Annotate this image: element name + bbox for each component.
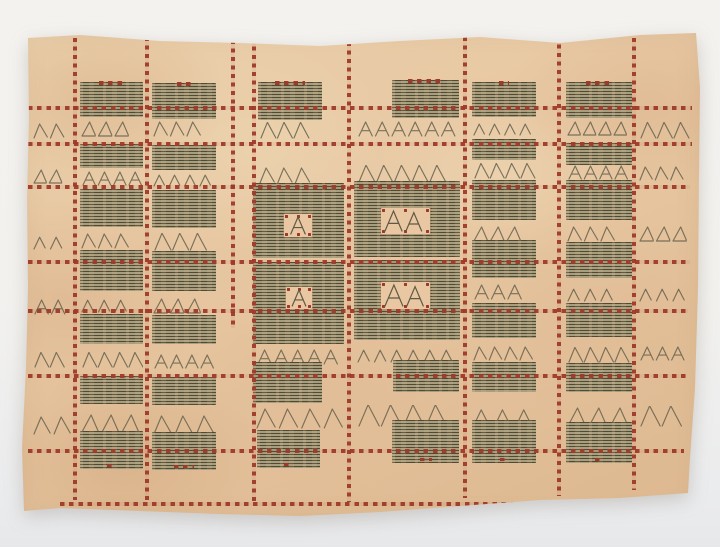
red-dotted-hline bbox=[28, 142, 692, 146]
triangle-motif-row bbox=[152, 233, 216, 252]
stripe-block bbox=[80, 144, 143, 168]
a-motif-window bbox=[381, 282, 430, 309]
stripe-block bbox=[152, 83, 216, 119]
triangle-motif-path bbox=[474, 227, 520, 241]
a-motif-window bbox=[286, 287, 312, 309]
triangle-motif-row bbox=[638, 225, 696, 243]
triangle-motif-row bbox=[638, 406, 696, 428]
triangle-motif-row bbox=[638, 165, 696, 182]
triangle-motif-row bbox=[566, 164, 632, 181]
triangle-motif-path bbox=[475, 285, 521, 299]
stripe-block bbox=[80, 250, 143, 291]
block-bottom-mark bbox=[107, 464, 116, 467]
block-top-mark bbox=[177, 82, 191, 86]
cloth-shadow-wrap bbox=[0, 0, 720, 547]
triangle-motif-path bbox=[568, 122, 626, 135]
triangle-motif-path bbox=[34, 124, 64, 138]
block-top-mark bbox=[499, 81, 509, 85]
block-bottom-mark bbox=[500, 458, 509, 461]
triangle-motif-path bbox=[155, 355, 213, 368]
a-motif-path bbox=[291, 217, 305, 234]
triangle-motif-row bbox=[472, 345, 536, 362]
a-motif-window bbox=[284, 214, 312, 237]
triangle-motif-path bbox=[640, 227, 686, 241]
triangle-motif-path bbox=[641, 122, 689, 138]
red-dotted-hline bbox=[28, 309, 688, 313]
a-motif bbox=[381, 208, 430, 234]
triangle-motif-path bbox=[568, 289, 612, 301]
red-dotted-vline bbox=[231, 40, 235, 328]
red-dotted-vline bbox=[347, 42, 351, 502]
block-bottom-mark bbox=[420, 458, 432, 461]
triangle-motif-path bbox=[641, 347, 684, 360]
triangle-motif-row bbox=[356, 120, 460, 138]
stripe-block bbox=[258, 82, 322, 120]
triangle-motif-row bbox=[255, 407, 345, 430]
a-motif bbox=[381, 282, 430, 309]
textile-cloth bbox=[20, 28, 702, 520]
triangle-motif-path bbox=[569, 347, 629, 362]
red-dotted-hline bbox=[28, 106, 692, 110]
triangle-motif-path bbox=[83, 352, 143, 367]
triangle-motif-row bbox=[472, 283, 536, 301]
triangle-motif-path bbox=[35, 352, 64, 367]
red-dotted-vline bbox=[557, 36, 561, 496]
triangle-motif-row bbox=[80, 352, 143, 369]
stripe-block bbox=[253, 362, 322, 403]
red-dotted-hline bbox=[60, 502, 630, 506]
triangle-motif-path bbox=[34, 237, 62, 249]
triangle-motif-path bbox=[569, 166, 627, 179]
triangle-motif-path bbox=[640, 289, 684, 301]
a-motif-path bbox=[385, 211, 422, 231]
stripe-block bbox=[472, 420, 536, 463]
a-motif-path bbox=[385, 285, 423, 306]
triangle-motif-path bbox=[82, 415, 138, 432]
triangle-motif-path bbox=[154, 122, 200, 136]
triangle-motif-row bbox=[638, 285, 696, 303]
triangle-motif-row bbox=[566, 120, 632, 137]
stripe-block bbox=[472, 82, 536, 117]
triangle-motif-row bbox=[566, 347, 632, 364]
triangle-motif-row bbox=[638, 122, 696, 140]
triangle-motif-row bbox=[80, 232, 143, 250]
triangle-motif-path bbox=[82, 122, 128, 136]
triangle-motif-path bbox=[474, 124, 530, 135]
stripe-block bbox=[566, 143, 632, 165]
stripe-block bbox=[80, 189, 143, 227]
a-motif bbox=[286, 287, 312, 309]
textile-photo bbox=[0, 0, 720, 547]
triangle-motif-row bbox=[32, 415, 74, 436]
red-dotted-hline bbox=[28, 449, 684, 453]
stripe-block bbox=[152, 190, 216, 228]
triangle-motif-row bbox=[32, 168, 74, 185]
triangle-motif-path bbox=[34, 170, 62, 183]
triangle-motif-row bbox=[566, 225, 632, 243]
block-top-mark bbox=[408, 79, 443, 83]
triangle-motif-row bbox=[258, 122, 322, 140]
stripe-block bbox=[152, 315, 216, 344]
block-top-mark bbox=[586, 81, 612, 85]
triangle-motif-path bbox=[155, 233, 206, 250]
triangle-motif-path bbox=[83, 172, 141, 185]
stripe-block bbox=[566, 422, 632, 463]
triangle-motif-row bbox=[472, 120, 536, 137]
triangle-motif-row bbox=[32, 298, 74, 316]
triangle-motif-row bbox=[32, 122, 74, 140]
triangle-motif-path bbox=[568, 227, 614, 241]
block-top-mark bbox=[275, 81, 305, 85]
triangle-motif-path bbox=[359, 165, 446, 182]
stripe-block bbox=[152, 251, 216, 291]
triangle-motif-row bbox=[32, 233, 74, 251]
stripe-block bbox=[152, 145, 216, 170]
stripe-block bbox=[392, 80, 459, 118]
triangle-motif-row bbox=[152, 120, 216, 138]
triangle-motif-path bbox=[260, 168, 310, 183]
triangle-motif-row bbox=[32, 352, 74, 369]
red-dotted-hline bbox=[28, 374, 686, 378]
a-motif-path bbox=[292, 290, 306, 306]
block-bottom-mark bbox=[174, 465, 194, 468]
triangle-motif-path bbox=[359, 122, 455, 136]
triangle-motif-path bbox=[475, 163, 535, 178]
block-top-mark bbox=[99, 81, 125, 85]
triangle-motif-row bbox=[638, 345, 696, 362]
triangle-motif-path bbox=[257, 409, 342, 428]
triangle-motif-row bbox=[472, 163, 536, 180]
stripe-block bbox=[80, 82, 143, 117]
a-motif-window bbox=[381, 208, 430, 234]
stripe-block bbox=[80, 314, 143, 344]
red-dotted-hline bbox=[28, 185, 690, 189]
block-bottom-mark bbox=[284, 463, 293, 466]
triangle-motif-path bbox=[474, 347, 532, 360]
red-dotted-hline bbox=[28, 260, 690, 264]
triangle-motif-path bbox=[34, 417, 70, 434]
stripe-block bbox=[152, 377, 216, 405]
a-motif bbox=[284, 214, 312, 237]
stripe-block bbox=[80, 376, 143, 404]
triangle-motif-path bbox=[640, 167, 683, 180]
triangle-motif-path bbox=[82, 234, 128, 248]
triangle-motif-path bbox=[261, 122, 309, 138]
triangle-motif-row bbox=[80, 120, 143, 138]
stripe-block bbox=[566, 82, 632, 118]
stripe-block bbox=[472, 240, 536, 278]
block-bottom-mark bbox=[595, 458, 604, 461]
stripe-block bbox=[392, 420, 459, 463]
triangle-motif-path bbox=[641, 406, 681, 426]
triangle-motif-row bbox=[566, 285, 632, 303]
triangle-motif-row bbox=[152, 353, 216, 370]
